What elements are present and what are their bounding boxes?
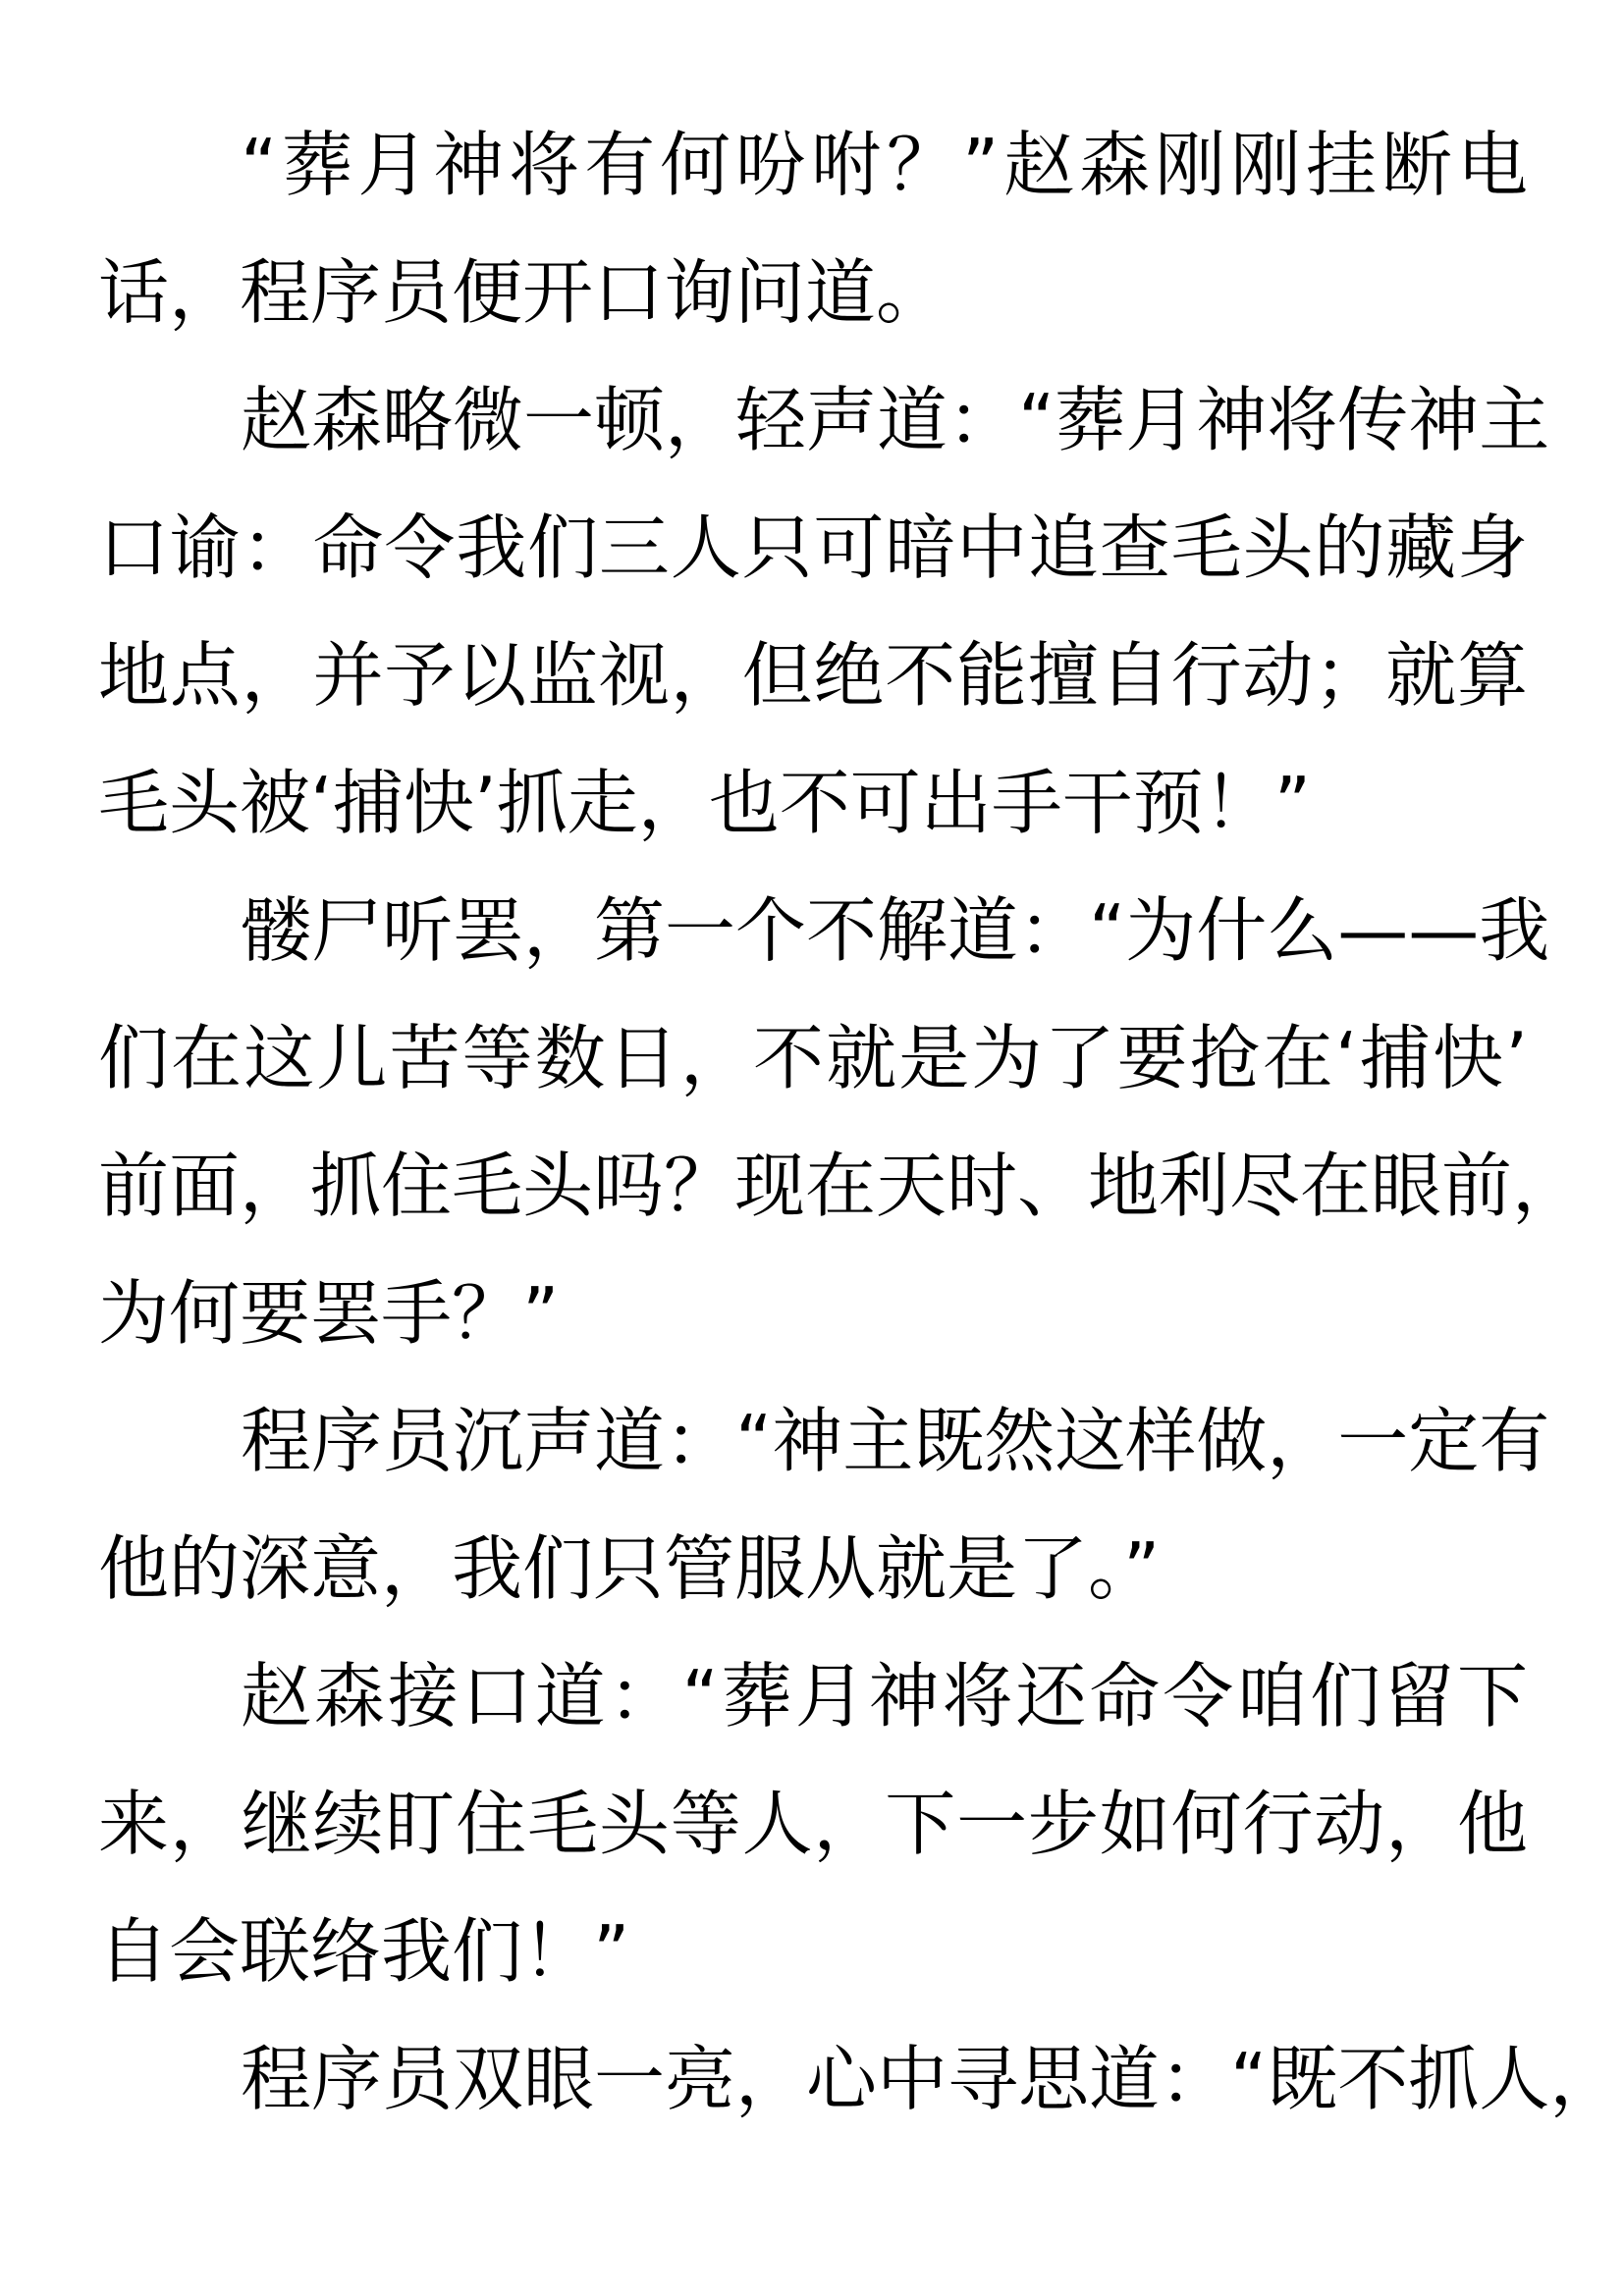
text-line: “葬月神将有何吩咐？”赵森刚刚挂断电 <box>98 101 1528 229</box>
document-page: “葬月神将有何吩咐？”赵森刚刚挂断电 话，程序员便开口询问道。 赵森略微一顿，轻… <box>98 101 1528 2143</box>
text-line: 髅尸听罢，第一个不解道：“为什么——我 <box>98 867 1528 994</box>
text-line: 们在这儿苦等数日，不就是为了要抢在‘捕快’ <box>98 994 1528 1122</box>
text-line: 赵森略微一顿，轻声道：“葬月神将传神主 <box>98 356 1528 484</box>
paragraph-5: 赵森接口道：“葬月神将还命令咱们留下 来，继续盯住毛头等人，下一步如何行动，他 … <box>98 1632 1528 2015</box>
text-line: 毛头被‘捕快’抓走，也不可出手干预！” <box>98 739 1528 867</box>
text-line: 话，程序员便开口询问道。 <box>98 229 1528 356</box>
paragraph-4: 程序员沉声道：“神主既然这样做，一定有 他的深意，我们只管服从就是了。” <box>98 1377 1528 1632</box>
text-line: 他的深意，我们只管服从就是了。” <box>98 1505 1528 1632</box>
text-line: 为何要罢手？” <box>98 1250 1528 1377</box>
text-line: 自会联络我们！” <box>98 1888 1528 2015</box>
text-line: 前面，抓住毛头吗？现在天时、地利尽在眼前， <box>98 1122 1528 1250</box>
text-line: 来，继续盯住毛头等人，下一步如何行动，他 <box>98 1760 1528 1888</box>
paragraph-6: 程序员双眼一亮，心中寻思道：“既不抓人， <box>98 2015 1528 2143</box>
text-line: 程序员沉声道：“神主既然这样做，一定有 <box>98 1377 1528 1505</box>
text-line: 程序员双眼一亮，心中寻思道：“既不抓人， <box>98 2015 1528 2143</box>
text-line: 赵森接口道：“葬月神将还命令咱们留下 <box>98 1632 1528 1760</box>
paragraph-2: 赵森略微一顿，轻声道：“葬月神将传神主 口谕：命令我们三人只可暗中追查毛头的藏身… <box>98 356 1528 867</box>
text-line: 地点，并予以监视，但绝不能擅自行动；就算 <box>98 612 1528 739</box>
text-line: 口谕：命令我们三人只可暗中追查毛头的藏身 <box>98 484 1528 612</box>
paragraph-3: 髅尸听罢，第一个不解道：“为什么——我 们在这儿苦等数日，不就是为了要抢在‘捕快… <box>98 867 1528 1377</box>
paragraph-1: “葬月神将有何吩咐？”赵森刚刚挂断电 话，程序员便开口询问道。 <box>98 101 1528 356</box>
